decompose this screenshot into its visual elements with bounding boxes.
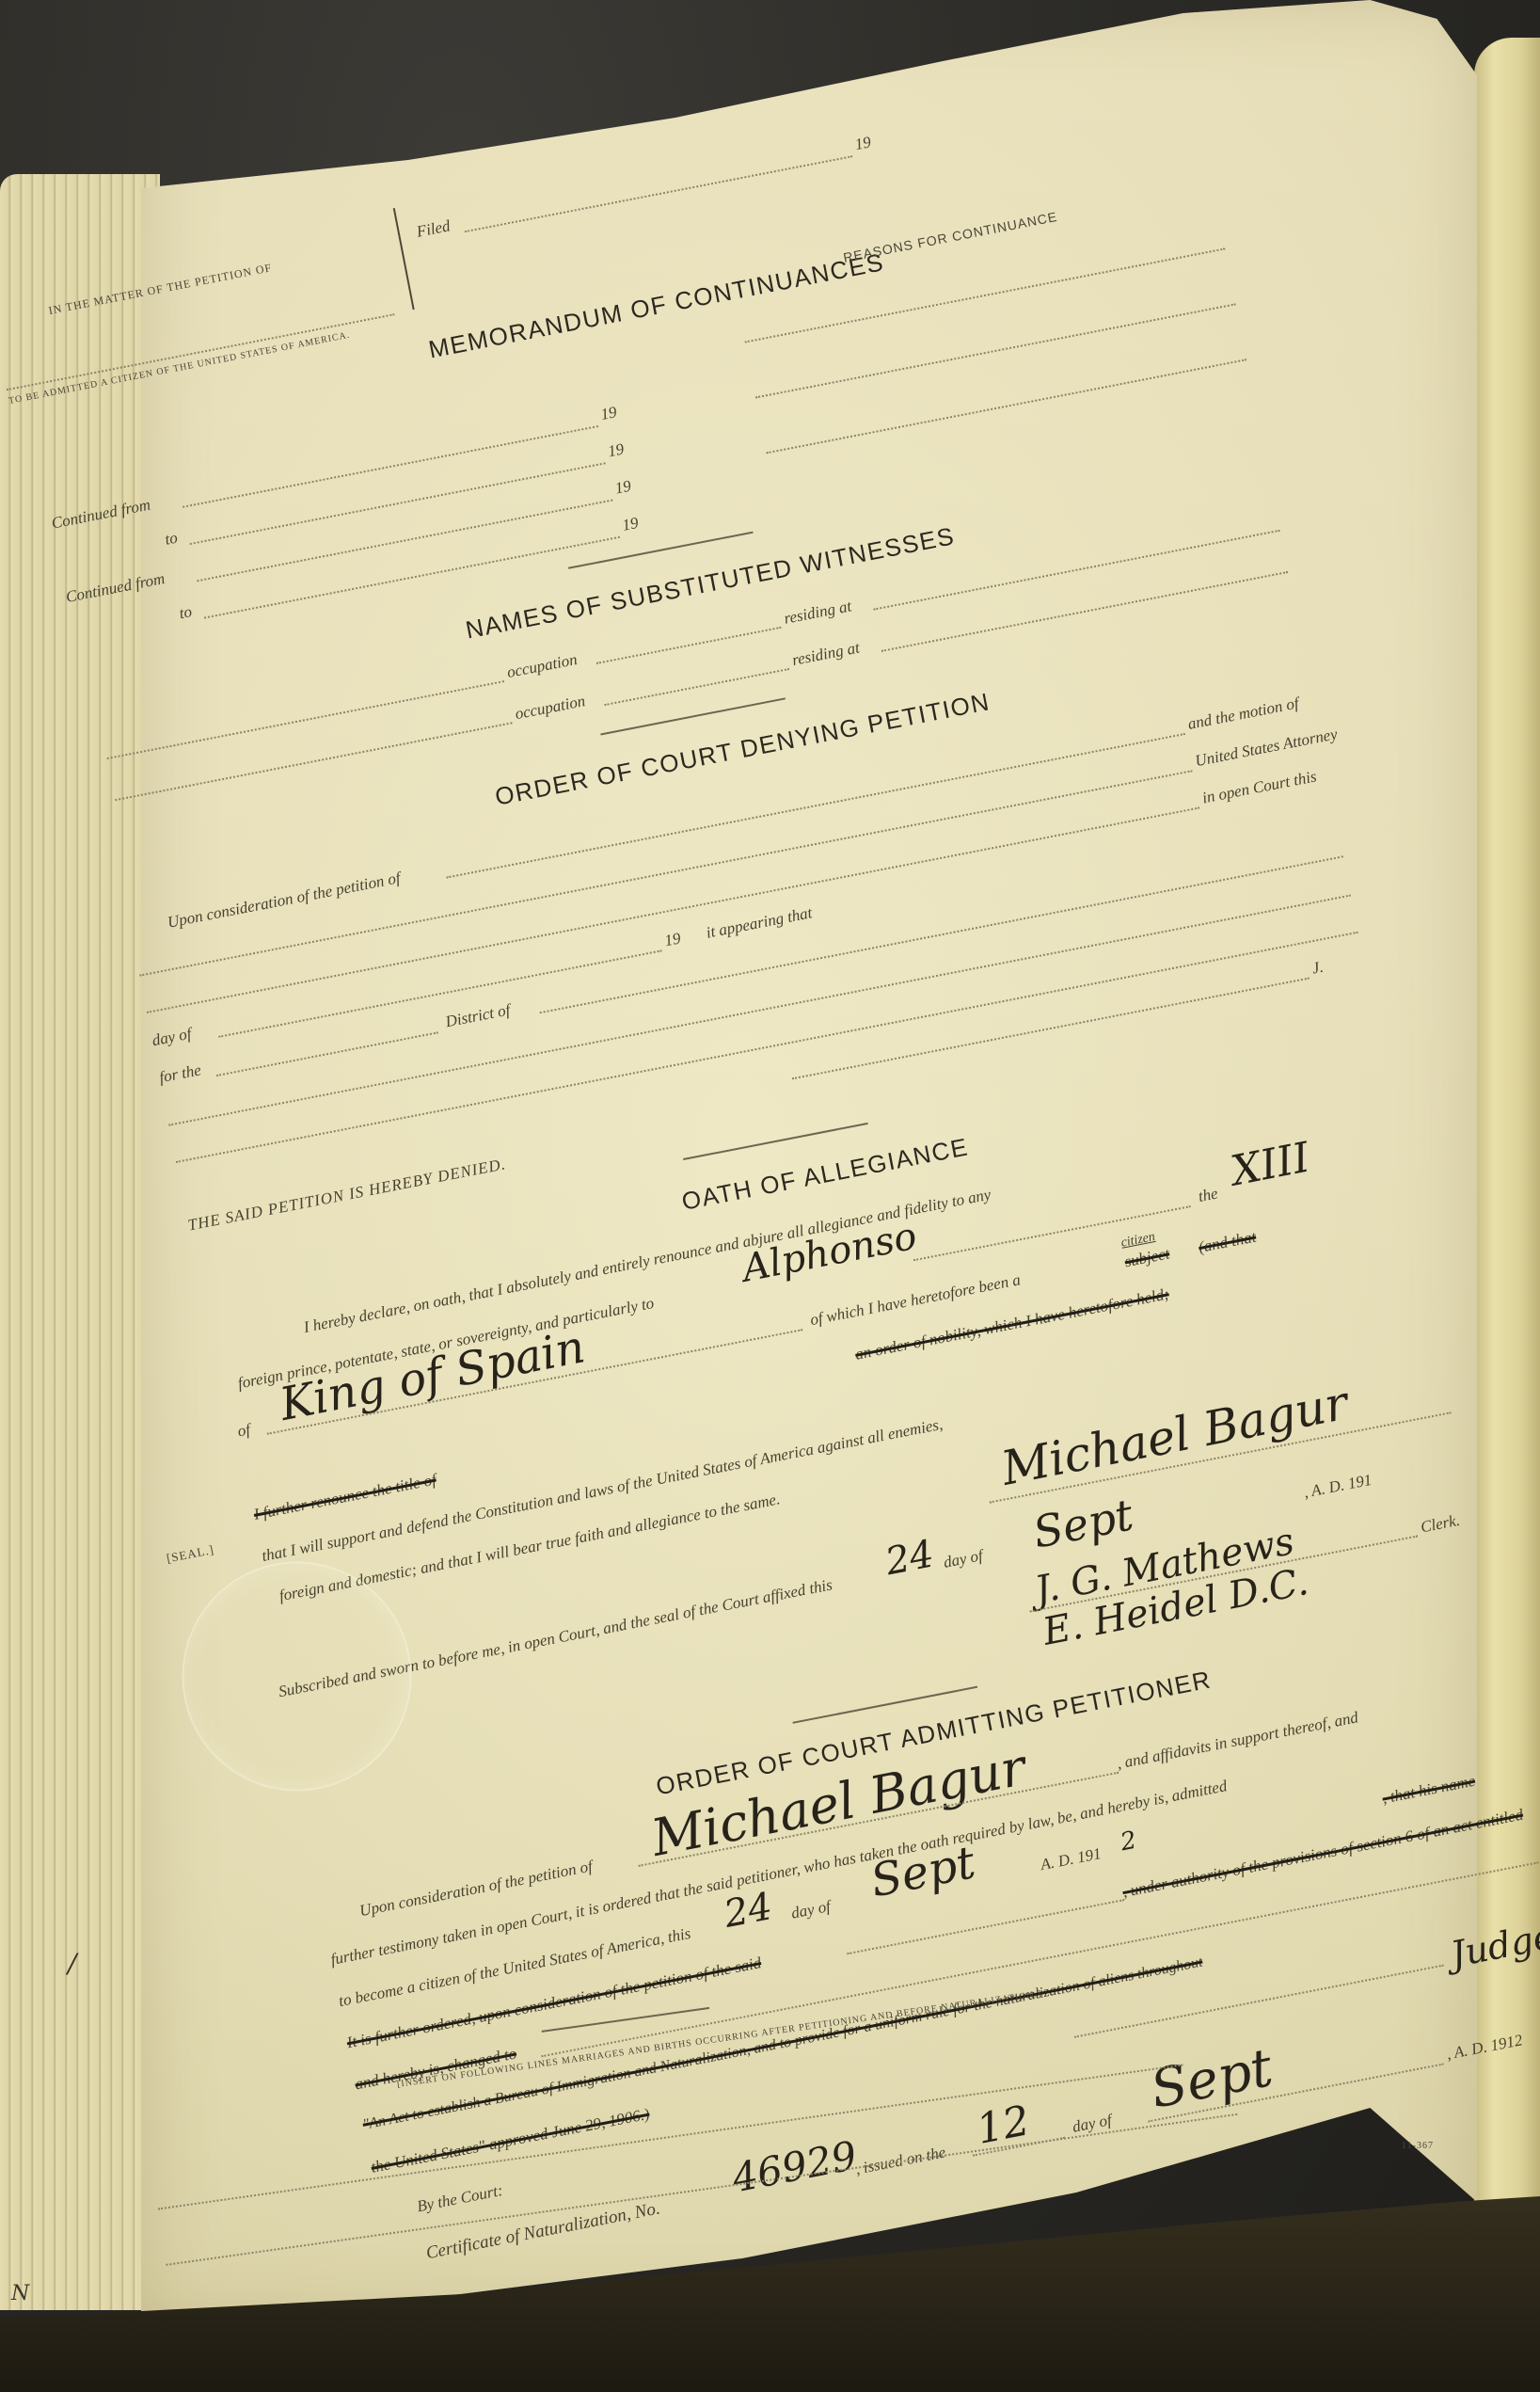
margin-check-mark: / xyxy=(68,1948,76,1979)
denying-consideration-label: Upon consideration of the petition of xyxy=(166,869,402,933)
filed-line xyxy=(465,155,853,232)
continued-from-label: Continued from xyxy=(50,496,151,534)
struck-and-that: (and that xyxy=(1197,1228,1258,1257)
filed-label: Filed xyxy=(415,216,452,241)
struck-name-line xyxy=(847,1899,1124,1954)
continuance-line xyxy=(183,425,598,508)
reason-line xyxy=(755,303,1236,398)
by-the-court-label: By the Court: xyxy=(416,2181,505,2216)
struck-further-renounce: I further renounce the title of xyxy=(252,1471,437,1524)
header-divider xyxy=(393,208,415,310)
handwritten-regnal-number: XIII xyxy=(1228,1134,1314,1196)
form-number: 11-367 xyxy=(1402,2141,1434,2151)
occupation-line xyxy=(604,668,789,706)
oath-of-label: of xyxy=(236,1420,252,1441)
witness-name-line xyxy=(115,722,512,801)
denying-day-line xyxy=(218,949,662,1038)
occupation-label: occupation xyxy=(505,650,579,682)
section-rule xyxy=(568,532,754,569)
margin-initial-mark: N xyxy=(11,2282,29,2305)
continuance-year: 19 xyxy=(613,477,633,499)
denying-motion-label: and the motion of xyxy=(1186,694,1300,734)
to-label: to xyxy=(164,529,180,550)
denying-appearing-label: it appearing that xyxy=(705,903,814,942)
continuance-year: 19 xyxy=(599,403,619,424)
struck-that-his-name: , that his name xyxy=(1381,1772,1477,1809)
admitting-affidavits-label: , and affidavits in support thereof, and xyxy=(1115,1708,1359,1773)
to-label: to xyxy=(178,602,194,623)
oath-the-label: the xyxy=(1197,1184,1219,1206)
struck-under-authority: , under authority of the provisions of s… xyxy=(1121,1806,1525,1902)
denying-year: 19 xyxy=(663,929,683,950)
denying-open-court-label: in open Court this xyxy=(1200,767,1318,807)
denying-petitioner-line xyxy=(446,733,1185,879)
denying-district-label: District of xyxy=(444,1000,512,1031)
oath-month: Sept xyxy=(1029,1489,1137,1557)
continuance-line xyxy=(190,462,606,545)
denying-judge-mark: J. xyxy=(1310,958,1325,979)
denying-for-the-label: for the xyxy=(158,1060,203,1087)
clerk-label: Clerk. xyxy=(1419,1511,1461,1538)
section-rule xyxy=(683,1123,868,1160)
admitting-ad-label: A. D. 191 xyxy=(1039,1844,1103,1874)
denied-text: THE SAID PETITION IS HEREBY DENIED. xyxy=(186,1155,507,1235)
residing-label: residing at xyxy=(783,597,853,628)
filed-year: 19 xyxy=(853,133,873,154)
admitting-day-of-label: day of xyxy=(789,1897,832,1923)
occupation-label: occupation xyxy=(514,692,587,724)
oath-ad-year: , A. D. 191 xyxy=(1302,1471,1373,1503)
oath-day-of-label: day of xyxy=(942,1546,984,1572)
reason-line xyxy=(766,359,1246,454)
continuance-year: 19 xyxy=(606,439,626,461)
occupation-line xyxy=(596,627,782,664)
denying-attorney-label: United States Attorney xyxy=(1194,725,1340,771)
handwritten-judge: Judge xyxy=(1447,1915,1540,1975)
petitioner-signature: Michael Bagur xyxy=(997,1376,1353,1496)
continuance-year: 19 xyxy=(621,514,641,535)
section-rule xyxy=(600,697,786,735)
admitting-line-3: to become a citizen of the United States… xyxy=(337,1924,692,2011)
admitting-title: ORDER OF COURT ADMITTING PETITIONER xyxy=(289,1594,1540,1873)
oath-day: 24 xyxy=(882,1532,938,1584)
petition-label: IN THE MATTER OF THE PETITION OF xyxy=(47,261,273,318)
denying-day-of-label: day of xyxy=(151,1025,193,1051)
admitting-year-digit: 2 xyxy=(1119,1826,1139,1858)
denying-court-line xyxy=(216,1031,438,1076)
continued-from-label: Continued from xyxy=(64,569,166,607)
admitting-day: 24 xyxy=(721,1885,776,1937)
denying-district-line xyxy=(540,855,1343,1013)
residing-label: residing at xyxy=(790,638,861,669)
continuance-line xyxy=(197,500,612,582)
